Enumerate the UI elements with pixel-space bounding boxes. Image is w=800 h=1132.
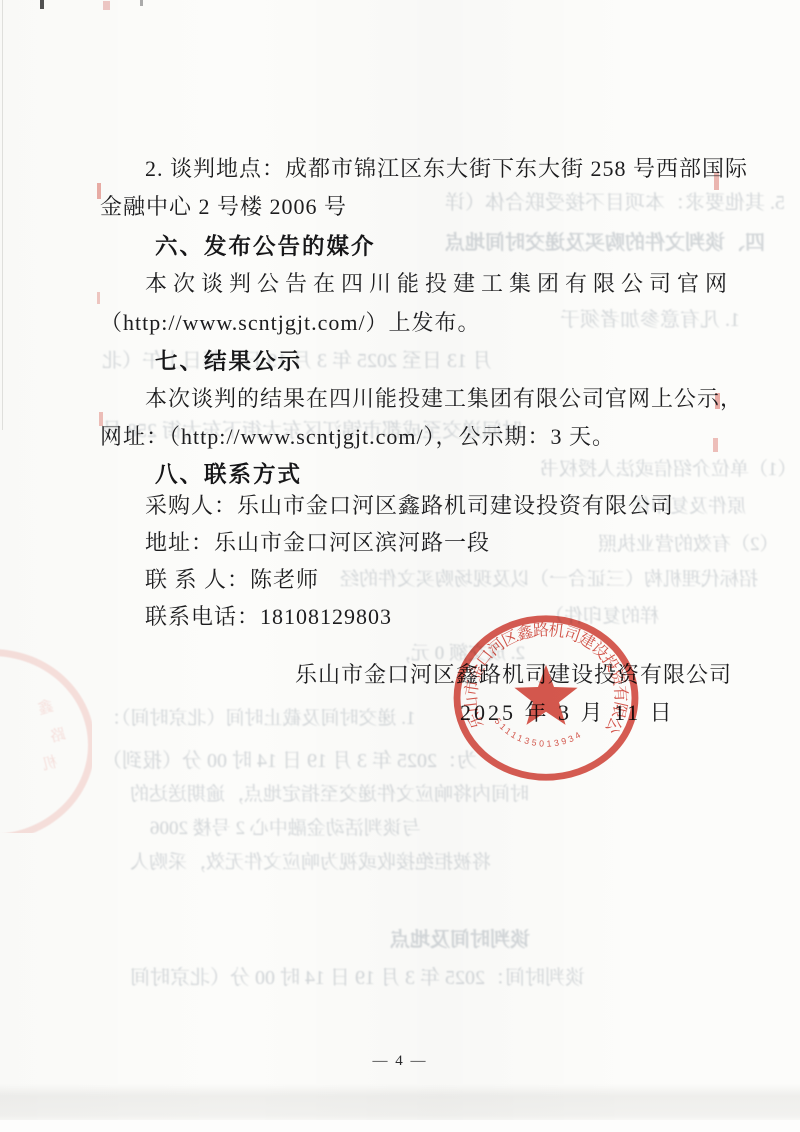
contact-purchaser: 采购人：乐山市金口河区鑫路机司建设投资有限公司 [145, 489, 674, 520]
scan-edge-line [2, 0, 3, 430]
ghost-seal: 鑫 路 机 [0, 628, 92, 833]
bleedthrough-line: （2）有效的营业执照 [598, 529, 779, 556]
scan-mark [140, 0, 143, 6]
bleedthrough-line: 将被拒绝接收或视为响应文件无效，采购人 [130, 847, 491, 874]
section-7-line1: 本次谈判的结果在四川能投建工集团有限公司官网上公示， [145, 382, 743, 413]
section-7-heading: 七、结果公示 [155, 344, 302, 376]
scan-mark [97, 292, 100, 304]
company-seal-svg: 乐山市金口河区鑫路机司建设投资有限公司 5111135013934 [448, 612, 644, 788]
bleedthrough-line: 招标代理机构（三证合一）以及现场购买文件的经 [340, 564, 758, 591]
svg-text:5111135013934: 5111135013934 [493, 716, 585, 749]
svg-text:乐山市金口河区鑫路机司建设投资有限公司: 乐山市金口河区鑫路机司建设投资有限公司 [448, 612, 630, 736]
ghost-seal-ring [0, 649, 92, 833]
bleedthrough-line: 谈判时间：2025 年 3 月 19 日 14 时 00 分（北京时间 [130, 961, 585, 990]
negotiation-location-line1: 2. 谈判地点：成都市锦江区东大街下东大街 258 号西部国际 [145, 152, 748, 183]
contact-person: 联 系 人：陈老师 [145, 563, 319, 594]
section-8-heading: 八、联系方式 [155, 457, 302, 489]
ghost-seal-char: 鑫 [36, 694, 56, 718]
scan-bottom-strip [0, 1120, 800, 1132]
section-6-heading: 六、发布公告的媒介 [155, 229, 376, 261]
contact-address: 地址：乐山市金口河区滨河路一段 [145, 526, 490, 557]
ghost-seal-char: 路 [48, 722, 68, 746]
seal-code: 5111135013934 [493, 716, 585, 749]
page-number: — 4 — [373, 1053, 428, 1070]
bleedthrough-line: 与谈判活动金融中心 2 号楼 2006 [150, 813, 421, 840]
scan-mark [103, 1, 110, 10]
section-6-line1: 本次谈判公告在四川能投建工集团有限公司官网 [145, 267, 733, 298]
bleedthrough-line: 为：2025 年 3 月 19 日 14 时 00 分（报到） [102, 744, 477, 773]
bleedthrough-line: 5. 其他要求：本项目不接受联合体（详 [445, 186, 785, 215]
scan-bottom-shadow [0, 1084, 800, 1124]
section-7-line2: 网址：（http://www.scntjgjt.com/），公示期：3 天。 [100, 420, 615, 451]
bleedthrough-line: （1）单位介绍信或法人授权书 [540, 454, 797, 481]
ghost-seal-char: 机 [40, 750, 60, 774]
scan-mark [40, 0, 44, 9]
seal-star [514, 665, 577, 725]
section-6-line2: （http://www.scntjgjt.com/）上发布。 [100, 306, 481, 337]
bleedthrough-line: 谈判时间及地点 [390, 923, 530, 952]
scanned-document-page: 5. 其他要求：本项目不接受联合体（详四、谈判文件的购买及递交时间地点1. 凡有… [0, 0, 800, 1132]
negotiation-location-line2: 金融中心 2 号楼 2006 号 [100, 190, 347, 221]
bleedthrough-line: 1. 递交时间及截止时间（北京时间）： [102, 703, 416, 730]
bleedthrough-line: 四、谈判文件的购买及递交时间地点 [445, 226, 765, 255]
scan-mark [713, 438, 718, 452]
contact-phone: 联系电话：18108129803 [145, 600, 392, 631]
seal-ring-text: 乐山市金口河区鑫路机司建设投资有限公司 [448, 612, 630, 736]
company-seal: 乐山市金口河区鑫路机司建设投资有限公司 5111135013934 [448, 612, 644, 788]
bleedthrough-line: 1. 凡有意参加者须于 [560, 303, 740, 332]
